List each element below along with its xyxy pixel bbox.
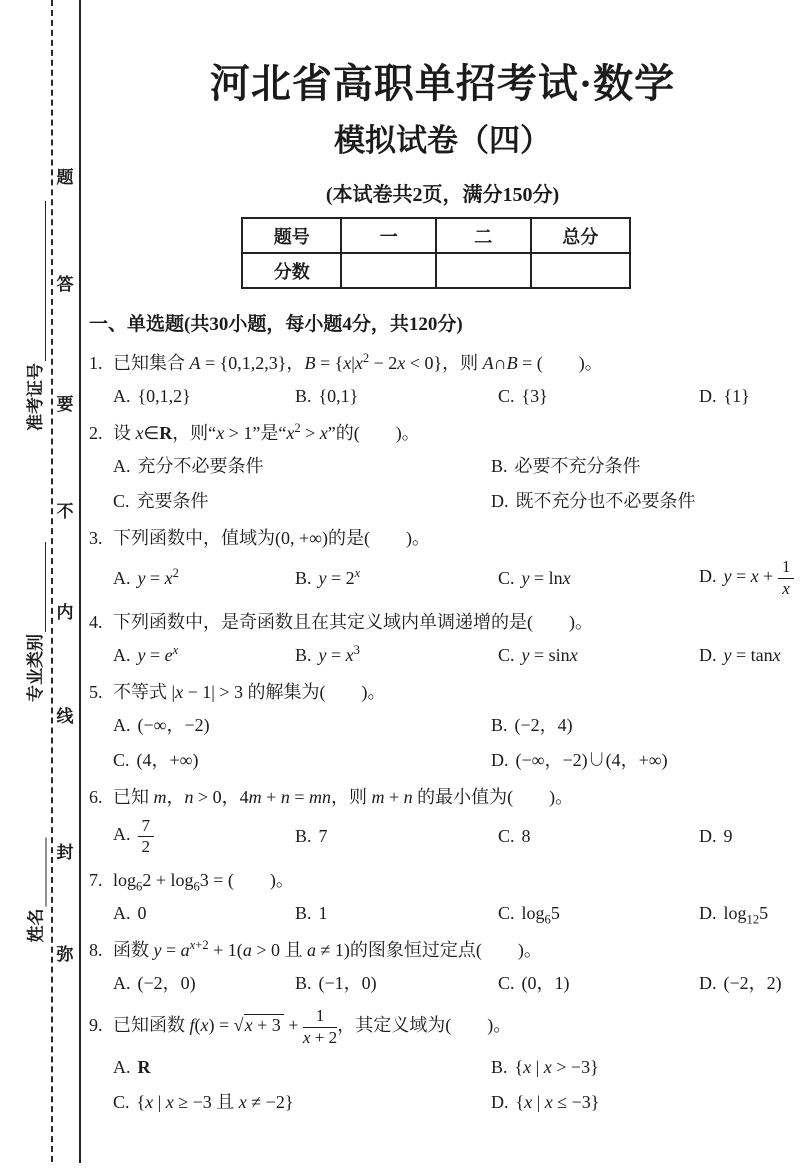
question: 7.log62 + log63 = ( )。A.0B.1C.log65D.log… — [89, 867, 796, 927]
exam-content: 河北省高职单招考试·数学 模拟试卷（四） (本试卷共2页，满分150分) 题号一… — [81, 0, 800, 1126]
option-label: C. — [498, 386, 515, 406]
question-stem: 6.已知 m，n > 0，4m + n = mn，则 m + n 的最小值为( … — [89, 784, 796, 811]
option-body: y = lnx — [522, 568, 571, 588]
options-row: A.(−∞，−2)B.(−2，4)C.(4，+∞)D.(−∞，−2)∪(4，+∞… — [113, 712, 796, 774]
field-label: 姓名 — [22, 909, 47, 943]
option: A.y = ex — [113, 642, 295, 669]
option-body: {3} — [522, 386, 548, 406]
student-field: 准考证号 — [26, 201, 46, 431]
option-body: 必要不充分条件 — [515, 456, 641, 476]
score-table-row: 分数 — [242, 253, 630, 288]
question: 6.已知 m，n > 0，4m + n = mn，则 m + n 的最小值为( … — [89, 784, 796, 858]
option-label: B. — [295, 826, 312, 846]
field-blank-line — [30, 542, 46, 632]
square-root: √x + 3 — [234, 1014, 284, 1035]
score-table-cell — [531, 253, 630, 288]
option-body: (4，+∞) — [137, 750, 199, 770]
option: D.{1} — [699, 383, 796, 410]
option-label: A. — [113, 456, 131, 476]
option: B.y = x3 — [295, 642, 498, 669]
options-row: A.y = exB.y = x3C.y = sinxD.y = tanx — [113, 642, 796, 669]
question-text: 设 x∈R，则“x > 1”是“x2 > x”的( )。 — [113, 423, 420, 443]
options-row: A.72B.7C.8D.9 — [113, 817, 796, 858]
option: C.(4，+∞) — [113, 747, 491, 774]
option-body: R — [138, 1057, 151, 1077]
option: B.1 — [295, 900, 498, 927]
options-row: A.y = x2B.y = 2xC.y = lnxD.y = x + 1x — [113, 558, 796, 599]
option-label: D. — [699, 386, 717, 406]
option: C.log65 — [498, 900, 699, 927]
option-label: B. — [295, 568, 312, 588]
option-label: D. — [699, 826, 717, 846]
options-row: A.0B.1C.log65D.log125 — [113, 900, 796, 927]
option: B.7 — [295, 823, 498, 850]
option-label: C. — [498, 645, 515, 665]
option-label: B. — [491, 1057, 508, 1077]
question-stem: 9.已知函数 f(x) = √x + 3 + 1x + 2，其定义域为( )。 — [89, 1007, 796, 1048]
option-body: (−∞，−2) — [138, 715, 210, 735]
options-row: A.{0,1,2}B.{0,1}C.{3}D.{1} — [113, 383, 796, 410]
option-body: log125 — [724, 903, 769, 923]
option-body: 既不充分也不必要条件 — [516, 491, 696, 511]
option-body: 9 — [724, 826, 733, 846]
option-label: A. — [113, 386, 131, 406]
option-label: B. — [491, 456, 508, 476]
question-text: 下列函数中，值域为(0, +∞)的是( )。 — [113, 528, 430, 548]
option: A.充分不必要条件 — [113, 453, 491, 480]
page: { "header": { "title": "河北省高职单招考试·数学", "… — [0, 0, 800, 1169]
option: C.8 — [498, 823, 699, 850]
question-stem: 7.log62 + log63 = ( )。 — [89, 867, 796, 894]
question-stem: 5.不等式 |x − 1| > 3 的解集为( )。 — [89, 679, 796, 706]
score-table-cell: 题号 — [242, 218, 341, 253]
question: 8.函数 y = ax+2 + 1(a > 0 且 a ≠ 1)的图象恒过定点(… — [89, 937, 796, 997]
option-label: A. — [113, 903, 131, 923]
option: A.R — [113, 1054, 491, 1081]
option: D.既不充分也不必要条件 — [491, 488, 796, 515]
option-body: 7 — [319, 826, 328, 846]
question-text: log62 + log63 = ( )。 — [113, 870, 294, 890]
option-label: D. — [491, 750, 509, 770]
option: B.{0,1} — [295, 383, 498, 410]
question-number: 8. — [89, 937, 113, 964]
option-body: (−∞，−2)∪(4，+∞) — [516, 750, 668, 770]
fraction: 1x — [778, 558, 795, 599]
option: D.(−∞，−2)∪(4，+∞) — [491, 747, 796, 774]
question-text: 不等式 |x − 1| > 3 的解集为( )。 — [113, 682, 386, 702]
option: D.{x | x ≤ −3} — [491, 1089, 796, 1116]
seal-char: 线 — [54, 702, 76, 727]
question-number: 2. — [89, 420, 113, 447]
field-blank-line — [31, 838, 47, 907]
question-number: 4. — [89, 609, 113, 636]
option-body: log65 — [522, 903, 560, 923]
option: A.y = x2 — [113, 565, 295, 592]
option-label: A. — [113, 973, 131, 993]
question-number: 1. — [89, 350, 113, 377]
option-body: 72 — [138, 824, 155, 844]
option: A.(−2，0) — [113, 970, 295, 997]
option: D.y = x + 1x — [699, 558, 796, 599]
option-body: {x | x > −3} — [515, 1057, 599, 1077]
seal-char: 不 — [54, 497, 76, 522]
seal-char: 封 — [54, 838, 76, 863]
question: 1.已知集合 A = {0,1,2,3}，B = {x|x2 − 2x < 0}… — [89, 350, 796, 410]
question: 3.下列函数中，值域为(0, +∞)的是( )。A.y = x2B.y = 2x… — [89, 525, 796, 599]
option-label: D. — [699, 973, 717, 993]
seal-char: 弥 — [54, 940, 76, 965]
score-table-row: 题号一二总分 — [242, 218, 630, 253]
option-body: 充分不必要条件 — [138, 456, 264, 476]
option-label: B. — [295, 386, 312, 406]
option: C.y = lnx — [498, 565, 699, 592]
exam-subtitle: 模拟试卷（四） — [89, 115, 796, 160]
question: 5.不等式 |x − 1| > 3 的解集为( )。A.(−∞，−2)B.(−2… — [89, 679, 796, 774]
option-label: B. — [295, 903, 312, 923]
option-label: C. — [498, 903, 515, 923]
option-body: y = ex — [138, 645, 179, 665]
seal-char: 题 — [54, 163, 76, 188]
question-text: 已知集合 A = {0,1,2,3}，B = {x|x2 − 2x < 0}，则… — [113, 353, 603, 373]
option-body: 8 — [522, 826, 531, 846]
option-label: A. — [113, 568, 131, 588]
question-stem: 2.设 x∈R，则“x > 1”是“x2 > x”的( )。 — [89, 420, 796, 447]
option: A.72 — [113, 817, 295, 858]
option-label: C. — [113, 750, 130, 770]
option-body: {1} — [724, 386, 750, 406]
option-body: {x | x ≥ −3 且 x ≠ −2} — [137, 1092, 294, 1112]
question: 4.下列函数中，是奇函数且在其定义域内单调递增的是( )。A.y = exB.y… — [89, 609, 796, 669]
option-body: y = x + 1x — [724, 566, 795, 586]
option: C.{3} — [498, 383, 699, 410]
question-number: 3. — [89, 525, 113, 552]
option-body: {0,1,2} — [138, 386, 191, 406]
option: D.9 — [699, 823, 796, 850]
score-table-cell — [436, 253, 531, 288]
question-text: 下列函数中，是奇函数且在其定义域内单调递增的是( )。 — [113, 612, 593, 632]
option-body: 0 — [138, 903, 147, 923]
option-label: D. — [491, 1092, 509, 1112]
option: D.(−2，2) — [699, 970, 796, 997]
option-body: 1 — [319, 903, 328, 923]
option-body: y = tanx — [724, 645, 781, 665]
option-label: C. — [113, 491, 130, 511]
option-label: D. — [699, 645, 717, 665]
option-label: A. — [113, 824, 131, 844]
option: B.(−2，4) — [491, 712, 796, 739]
option: B.y = 2x — [295, 565, 498, 592]
exam-title: 河北省高职单招考试·数学 — [89, 52, 796, 109]
option: C.{x | x ≥ −3 且 x ≠ −2} — [113, 1089, 491, 1116]
option-label: A. — [113, 715, 131, 735]
option: C.充要条件 — [113, 488, 491, 515]
option: C.y = sinx — [498, 642, 699, 669]
option-label: A. — [113, 1057, 131, 1077]
option-body: y = sinx — [522, 645, 578, 665]
option-body: 充要条件 — [137, 491, 209, 511]
option: B.必要不充分条件 — [491, 453, 796, 480]
option-body: y = 2x — [319, 568, 361, 588]
option-label: D. — [699, 903, 717, 923]
seal-char: 要 — [54, 390, 76, 415]
question-list: 1.已知集合 A = {0,1,2,3}，B = {x|x2 − 2x < 0}… — [89, 350, 796, 1116]
seal-margin: 题答要不内线封弥 准考证号专业类别姓名 — [0, 0, 81, 1169]
score-table: 题号一二总分分数 — [241, 217, 631, 289]
option: A.0 — [113, 900, 295, 927]
option: D.y = tanx — [699, 642, 796, 669]
question-stem: 1.已知集合 A = {0,1,2,3}，B = {x|x2 − 2x < 0}… — [89, 350, 796, 377]
option: B.(−1，0) — [295, 970, 498, 997]
option-label: D. — [699, 566, 717, 586]
score-table-cell: 分数 — [242, 253, 341, 288]
score-table-cell: 一 — [341, 218, 436, 253]
question-number: 5. — [89, 679, 113, 706]
field-label: 专业类别 — [21, 634, 46, 702]
options-row: A.充分不必要条件B.必要不充分条件C.充要条件D.既不充分也不必要条件 — [113, 453, 796, 515]
option-body: (−2，0) — [138, 973, 196, 993]
option-label: D. — [491, 491, 509, 511]
field-label: 准考证号 — [21, 363, 46, 431]
student-field: 专业类别 — [26, 542, 46, 702]
option-body: (0，1) — [522, 973, 570, 993]
option-body: {0,1} — [319, 386, 359, 406]
option: A.{0,1,2} — [113, 383, 295, 410]
question-text: 函数 y = ax+2 + 1(a > 0 且 a ≠ 1)的图象恒过定点( )… — [113, 940, 542, 960]
option-body: (−1，0) — [319, 973, 377, 993]
seal-dashed-line — [51, 0, 53, 1162]
option: B.{x | x > −3} — [491, 1054, 796, 1081]
question: 2.设 x∈R，则“x > 1”是“x2 > x”的( )。A.充分不必要条件B… — [89, 420, 796, 515]
question-number: 7. — [89, 867, 113, 894]
option-body: {x | x ≤ −3} — [516, 1092, 600, 1112]
seal-char: 内 — [54, 598, 76, 623]
option-label: C. — [498, 826, 515, 846]
fraction: 1x + 2 — [303, 1007, 337, 1048]
option-label: C. — [498, 973, 515, 993]
student-field: 姓名 — [27, 838, 47, 943]
question-number: 9. — [89, 1012, 113, 1039]
option-body: y = x2 — [138, 568, 179, 588]
question-stem: 8.函数 y = ax+2 + 1(a > 0 且 a ≠ 1)的图象恒过定点(… — [89, 937, 796, 964]
option-body: y = x3 — [319, 645, 360, 665]
option-label: B. — [491, 715, 508, 735]
option-body: (−2，4) — [515, 715, 573, 735]
options-row: A.RB.{x | x > −3}C.{x | x ≥ −3 且 x ≠ −2}… — [113, 1054, 796, 1116]
score-table-cell: 总分 — [531, 218, 630, 253]
question-number: 6. — [89, 784, 113, 811]
field-blank-line — [30, 201, 46, 361]
question-stem: 4.下列函数中，是奇函数且在其定义域内单调递增的是( )。 — [89, 609, 796, 636]
question: 9.已知函数 f(x) = √x + 3 + 1x + 2，其定义域为( )。A… — [89, 1007, 796, 1116]
options-row: A.(−2，0)B.(−1，0)C.(0，1)D.(−2，2) — [113, 970, 796, 997]
question-text: 已知函数 f(x) = √x + 3 + 1x + 2，其定义域为( )。 — [113, 1015, 511, 1035]
option: C.(0，1) — [498, 970, 699, 997]
option-label: B. — [295, 973, 312, 993]
option-label: A. — [113, 645, 131, 665]
section-heading: 一、单选题(共30小题，每小题4分，共120分) — [89, 309, 796, 336]
fraction: 72 — [138, 817, 155, 858]
option-label: C. — [498, 568, 515, 588]
question-text: 已知 m，n > 0，4m + n = mn，则 m + n 的最小值为( )。 — [113, 787, 573, 807]
option: A.(−∞，−2) — [113, 712, 491, 739]
option-body: (−2，2) — [724, 973, 782, 993]
score-table-cell: 二 — [436, 218, 531, 253]
exam-note: (本试卷共2页，满分150分) — [89, 178, 796, 207]
option-label: C. — [113, 1092, 130, 1112]
question-stem: 3.下列函数中，值域为(0, +∞)的是( )。 — [89, 525, 796, 552]
option: D.log125 — [699, 900, 796, 927]
score-table-cell — [341, 253, 436, 288]
option-label: B. — [295, 645, 312, 665]
seal-char: 答 — [54, 270, 76, 295]
